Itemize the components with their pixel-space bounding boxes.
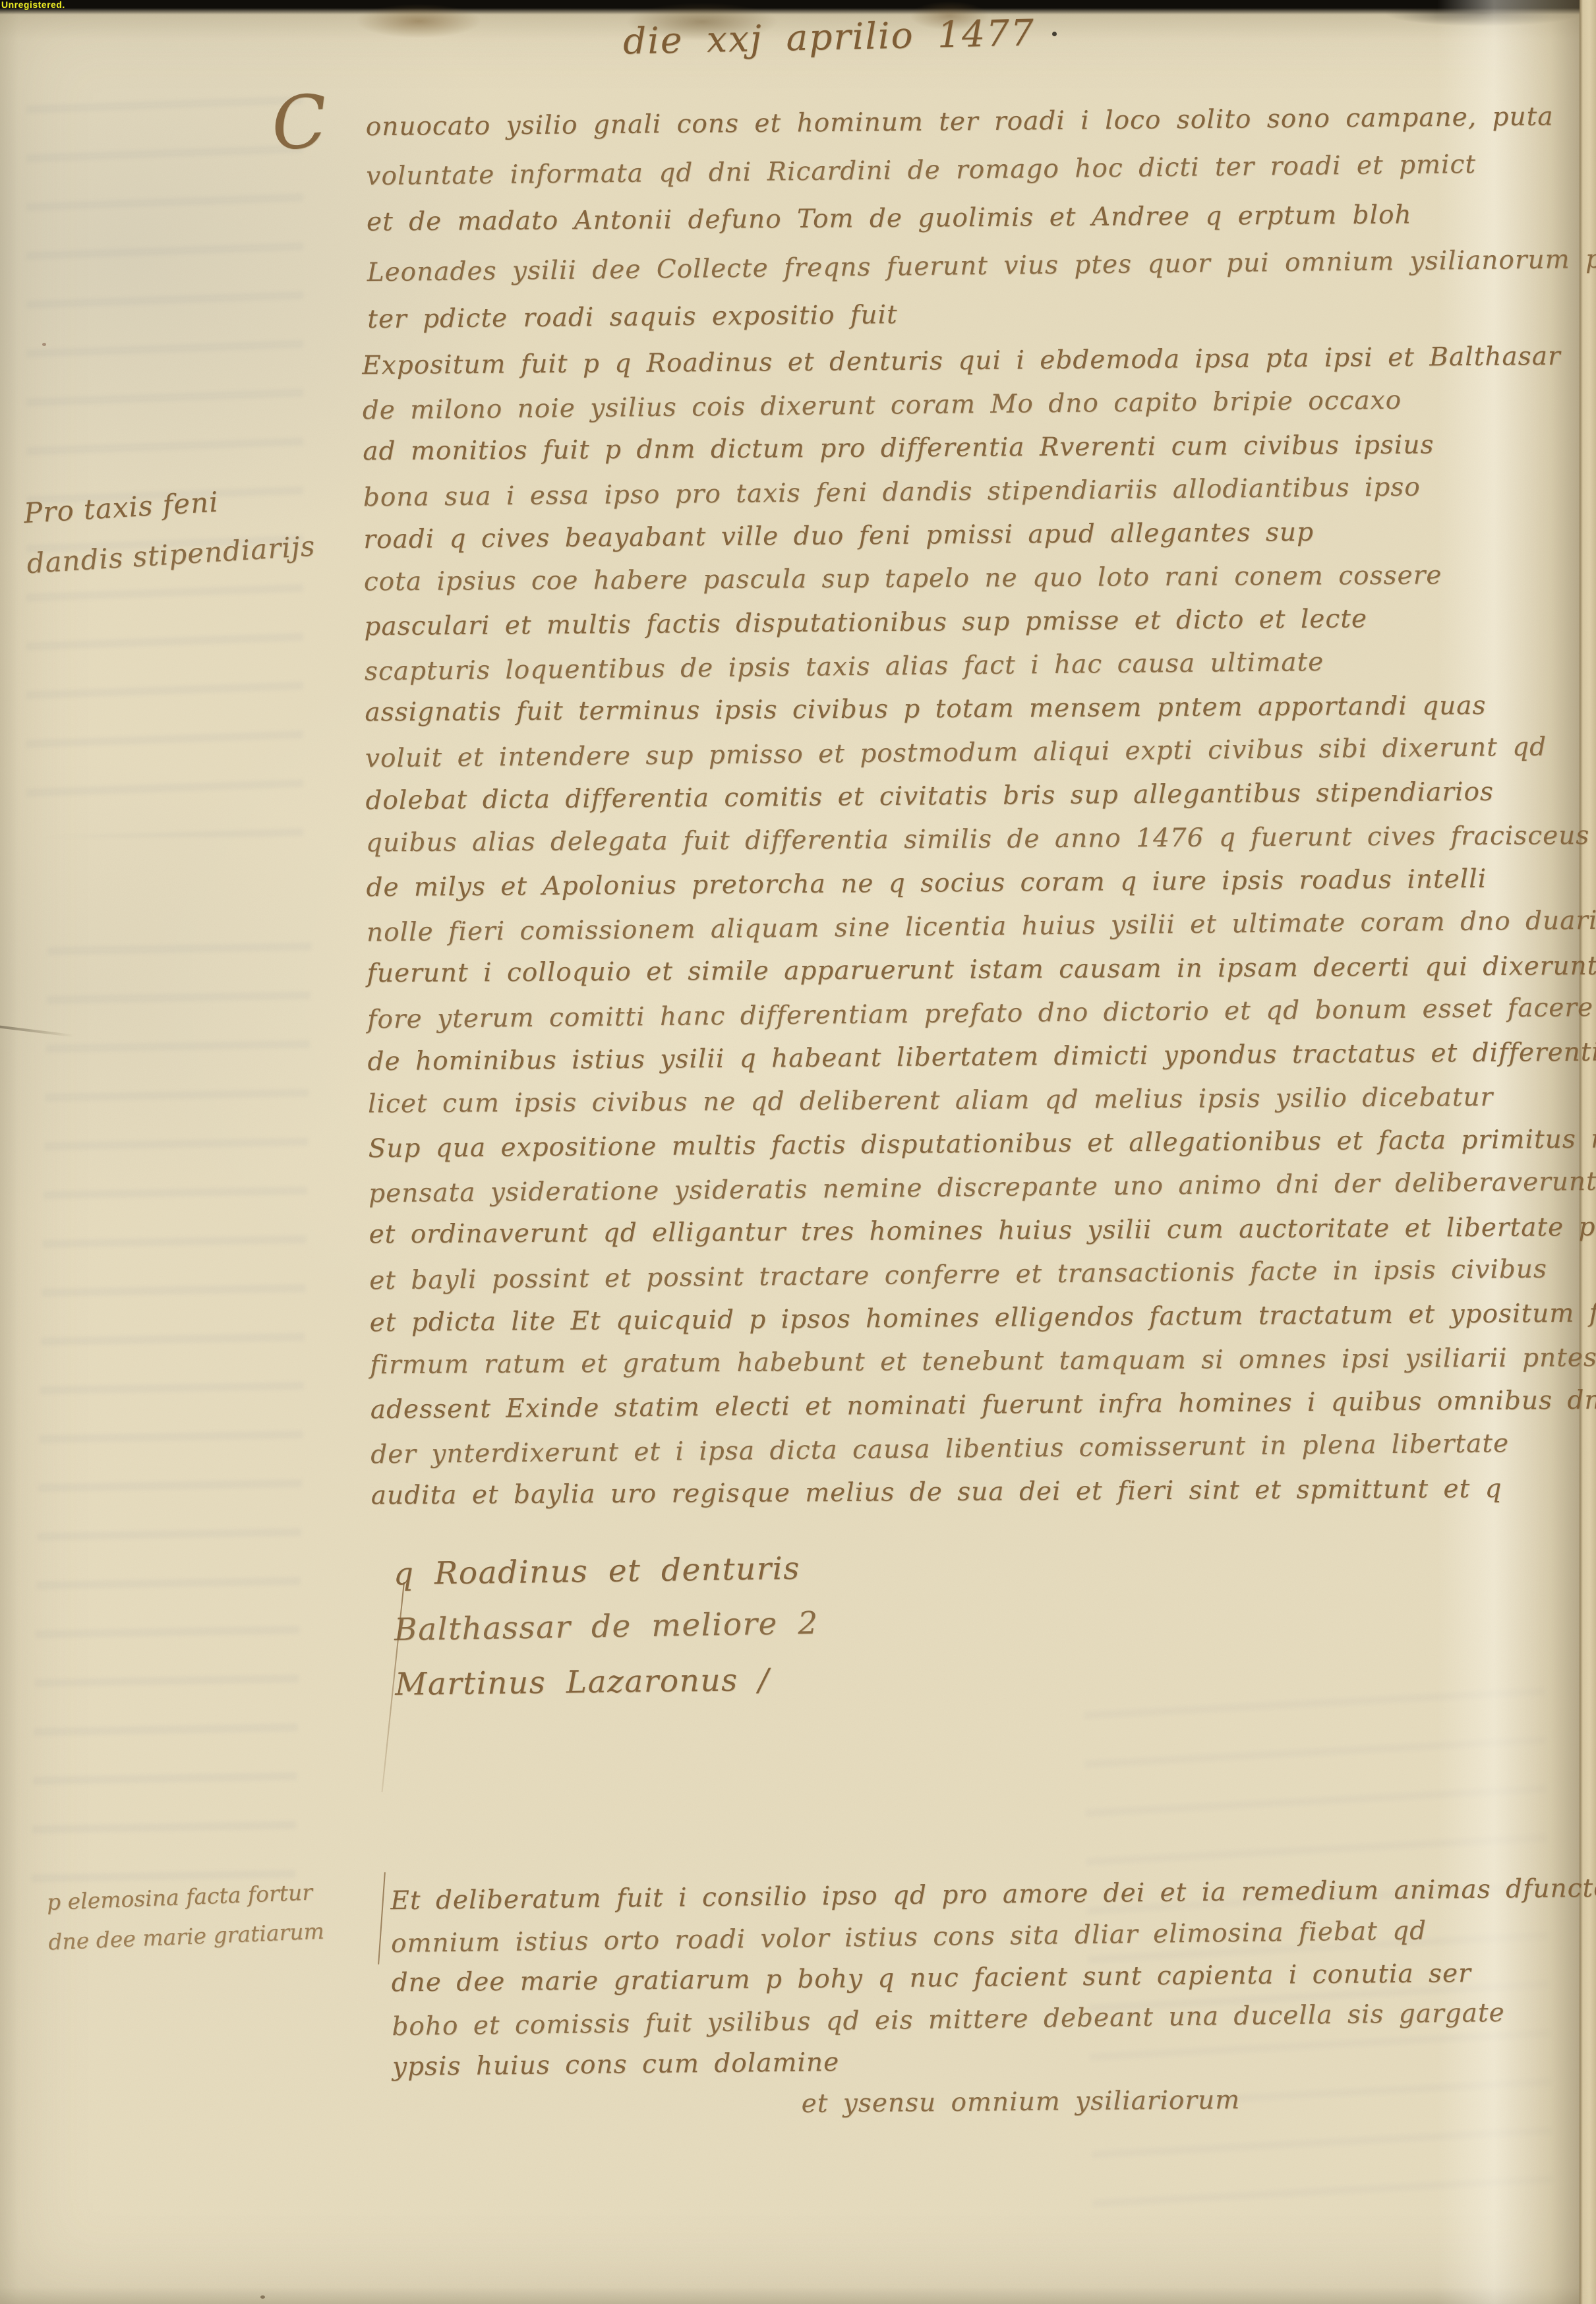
text-line: firmum ratum et gratum habebunt et teneb… xyxy=(370,1336,1596,1388)
text-line: audita et baylia uro regisque melius de … xyxy=(371,1466,1596,1518)
manuscript-page-scan: Unregistered. die xxj aprilio 1477 Pro t… xyxy=(0,0,1596,2304)
scan-dark-edge xyxy=(0,0,1596,15)
date-heading: die xxj aprilio 1477 xyxy=(622,11,1035,62)
verso-show-through xyxy=(31,921,312,1914)
drop-cap-initial: C xyxy=(269,78,330,167)
unregistered-watermark: Unregistered. xyxy=(1,0,65,10)
deputy-name: Balthassar de meliore 2 xyxy=(394,1596,819,1658)
verso-show-through xyxy=(26,79,303,837)
text-line: quibus alias delegata fuit differentia s… xyxy=(366,813,1596,866)
deputies-list: q Roadinus et denturis Balthassar de mel… xyxy=(393,1541,819,1713)
paper-speck xyxy=(260,2295,265,2299)
ink-speck xyxy=(1052,32,1057,36)
deputy-name: q Roadinus et denturis xyxy=(393,1541,818,1603)
margin-divider-stroke xyxy=(378,1872,386,1964)
paragraph-exposition: Expositum fuit p q Roadinus et denturis … xyxy=(362,334,1596,1519)
paper-speck xyxy=(42,343,46,346)
text-line: cota ipsius coe habere pascula sup tapel… xyxy=(364,552,1596,605)
paper-crack xyxy=(0,1025,74,1038)
text-line: licet cum ipsis civibus ne qd deliberent… xyxy=(368,1075,1596,1127)
margin-note-lower: p elemosina facta fortur dne dee marie g… xyxy=(46,1872,325,1962)
margin-note-upper: Pro taxis feni dandis stipendiarijs xyxy=(22,471,317,589)
deputy-name: Martinus Lazaronus / xyxy=(395,1652,820,1713)
paragraph-convocation: onuocato ysilio gnali cons et hominum te… xyxy=(365,92,1596,343)
text-line: ter pdicte roadi saquis expositio fuit xyxy=(367,285,1596,343)
paragraph-deliberation: Et deliberatum fuit i consilio ipso qd p… xyxy=(390,1867,1596,2129)
